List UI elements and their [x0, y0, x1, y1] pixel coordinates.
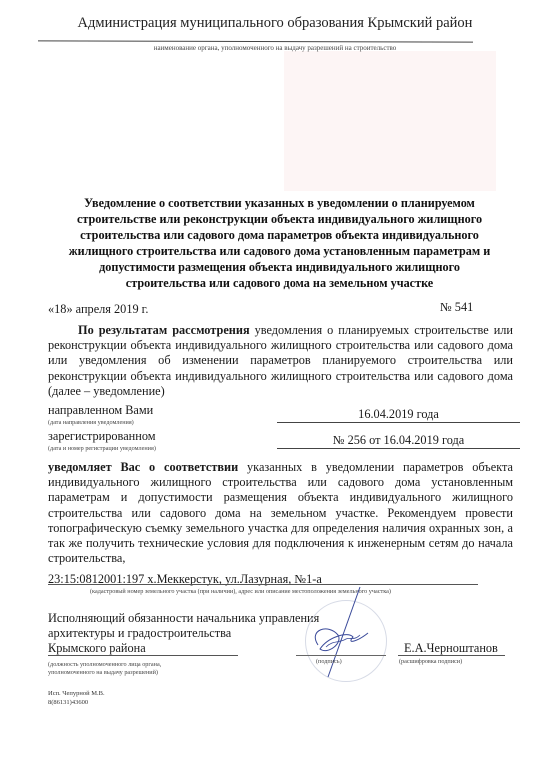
paragraph-notification-lead: уведомляет Вас о соответствии	[48, 460, 238, 474]
title-line: строительства или садового дома на земел…	[48, 275, 511, 291]
registered-label: зарегистрированном	[48, 429, 156, 444]
title-line: строительства или садового дома параметр…	[48, 227, 511, 243]
title-line: допустимости размещения объекта индивиду…	[48, 259, 511, 275]
organization-name: Администрация муниципального образования…	[40, 15, 510, 32]
signer-caption: (расшифровка подписи)	[399, 658, 462, 665]
registered-underline	[277, 448, 520, 449]
executor-name: Исп. Чепурной М.В.	[48, 690, 105, 697]
organization-underline	[38, 40, 473, 42]
title-line: Уведомление о соответствии указанных в у…	[48, 195, 511, 211]
signer-underline	[398, 655, 505, 656]
title-line: жилищного строительства или садового дом…	[48, 243, 511, 259]
sent-date-value: 16.04.2019 года	[277, 407, 520, 422]
position-line: Исполняющий обязанности начальника управ…	[48, 611, 319, 626]
paragraph-review: По результатам рассмотрения уведомления …	[48, 323, 513, 399]
organization-caption: наименование органа, уполномоченного на …	[40, 44, 510, 52]
position-line: архитектуры и градостроительства	[48, 626, 231, 641]
title-line: строительстве или реконструкции объекта …	[48, 211, 511, 227]
signature-caption: (подпись)	[316, 658, 342, 665]
signature-underline	[296, 655, 386, 656]
document-title: Уведомление о соответствии указанных в у…	[48, 195, 511, 292]
paragraph-review-lead: По результатам рассмотрения	[78, 323, 250, 337]
document-date: «18» апреля 2019 г.	[48, 302, 148, 317]
position-line: Крымского района	[48, 641, 146, 656]
redacted-stamp-area	[284, 51, 496, 191]
position-caption: уполномоченного на выдачу разрешений)	[48, 669, 158, 676]
signer-name: Е.А.Черноштанов	[404, 641, 498, 656]
document-number: № 541	[440, 300, 473, 315]
sent-caption: (дата направления уведомления)	[48, 419, 134, 426]
position-caption: (должность уполномоченного лица органа,	[48, 661, 161, 668]
registered-value: № 256 от 16.04.2019 года	[277, 433, 520, 448]
land-plot-underline	[48, 584, 478, 585]
sent-date-underline	[277, 422, 520, 423]
paragraph-notification: уведомляет Вас о соответствии указанных …	[48, 460, 513, 566]
signature-icon	[298, 585, 378, 680]
position-underline	[48, 655, 238, 656]
registered-caption: (дата и номер регистрации уведомления)	[48, 445, 156, 452]
sent-label: направленном Вами	[48, 403, 153, 418]
paragraph-notification-text: указанных в уведомлении параметров объек…	[48, 460, 513, 565]
executor-phone: 8(86131)43600	[48, 699, 88, 706]
